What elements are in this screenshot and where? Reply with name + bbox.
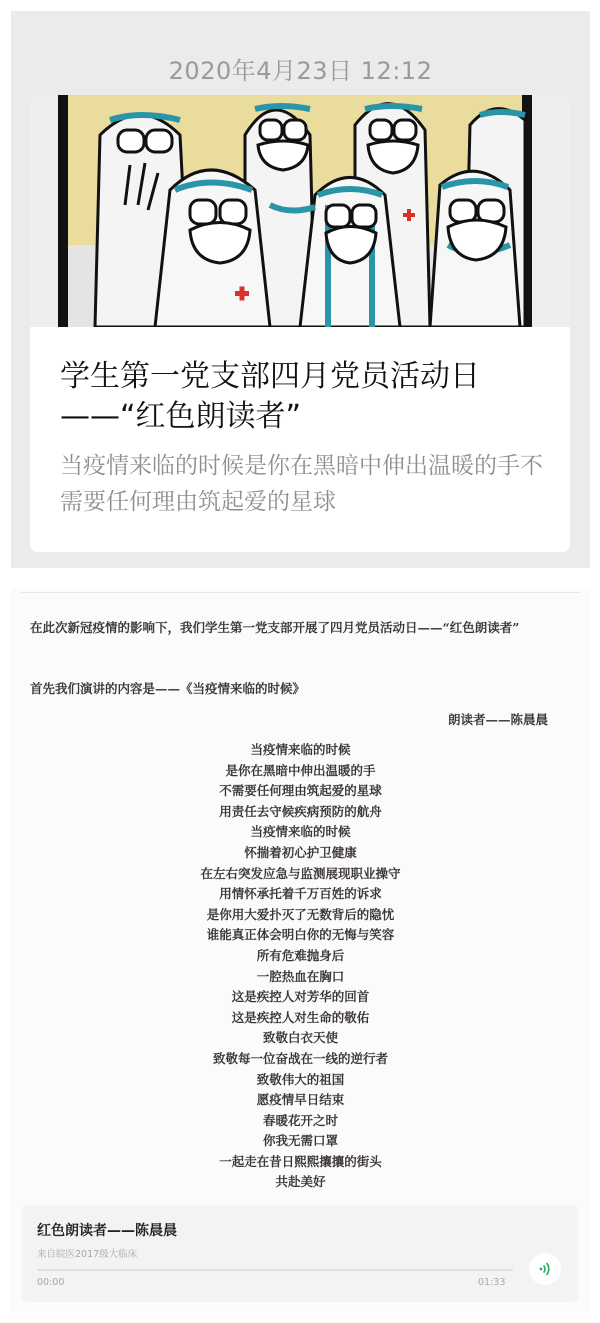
- share-panel: 2020年4月23日 12:12: [11, 11, 590, 568]
- audio-progress-bar[interactable]: [37, 1269, 513, 1271]
- audio-wave-icon: [537, 1261, 553, 1277]
- poem-line: 愿疫情早日结束: [11, 1090, 590, 1111]
- share-date: 2020年4月23日 12:12: [11, 51, 590, 86]
- audio-duration: 01:33: [478, 1277, 505, 1288]
- audio-current-time: 00:00: [37, 1277, 64, 1288]
- poem-line: 致敬白衣天使: [11, 1028, 590, 1049]
- poem-line: 是你在黑暗中伸出温暖的手: [11, 761, 590, 782]
- audio-title: 红色朗读者——陈晨晨: [37, 1220, 177, 1240]
- poem-line: 致敬伟大的祖国: [11, 1070, 590, 1091]
- poem-line: 所有危难抛身后: [11, 946, 590, 967]
- poem-line: 这是疾控人对芳华的回首: [11, 987, 590, 1008]
- poem-line: 谁能真正体会明白你的无悔与笑容: [11, 925, 590, 946]
- poem-line: 当疫情来临的时候: [11, 740, 590, 761]
- poem-line: 用责任去守候疾病预防的航舟: [11, 802, 590, 823]
- poem-line: 不需要任何理由筑起爱的星球: [11, 781, 590, 802]
- poem-line: 一起走在昔日熙熙攘攘的街头: [11, 1152, 590, 1173]
- audio-source: 来自皖医2017级大临床: [37, 1246, 137, 1260]
- poem-line: 致敬每一位奋战在一线的逆行者: [11, 1049, 590, 1070]
- audio-player[interactable]: 红色朗读者——陈晨晨 来自皖医2017级大临床 00:00 01:33: [22, 1205, 578, 1302]
- card-title: 学生第一党支部四月党员活动日——“红色朗读者”: [60, 357, 550, 437]
- poem-line: 你我无需口罩: [11, 1131, 590, 1152]
- poem: 当疫情来临的时候 是你在黑暗中伸出温暖的手 不需要任何理由筑起爱的星球 用责任去…: [11, 740, 590, 1193]
- poem-line: 在左右突发应急与监测展现职业操守: [11, 864, 590, 885]
- article-card[interactable]: 学生第一党支部四月党员活动日——“红色朗读者” 当疫情来临的时候是你在黑暗中伸出…: [30, 95, 570, 552]
- poem-line: 怀揣着初心护卫健康: [11, 843, 590, 864]
- poem-line: 这是疾控人对生命的敬佑: [11, 1008, 590, 1029]
- speech-intro: 首先我们演讲的内容是——《当疫情来临的时候》: [30, 679, 580, 697]
- reader-credit: 朗读者——陈晨晨: [448, 710, 548, 728]
- card-description: 当疫情来临的时候是你在黑暗中伸出温暖的手不需要任何理由筑起爱的星球: [60, 448, 550, 520]
- poem-line: 一腔热血在胸口: [11, 967, 590, 988]
- poem-line: 春暖花开之时: [11, 1111, 590, 1132]
- card-cover-image: [30, 95, 570, 327]
- intro-paragraph: 在此次新冠疫情的影响下，我们学生第一党支部开展了四月党员活动日——“红色朗读者”: [30, 618, 580, 636]
- poem-line: 是你用大爱扑灭了无数背后的隐忧: [11, 905, 590, 926]
- illustration-medical-workers: [30, 95, 570, 327]
- poem-line: 共赴美好: [11, 1172, 590, 1193]
- divider: [21, 592, 580, 593]
- poem-line: 当疫情来临的时候: [11, 822, 590, 843]
- poem-line: 用情怀承托着千万百姓的诉求: [11, 884, 590, 905]
- audio-play-button[interactable]: [529, 1253, 561, 1285]
